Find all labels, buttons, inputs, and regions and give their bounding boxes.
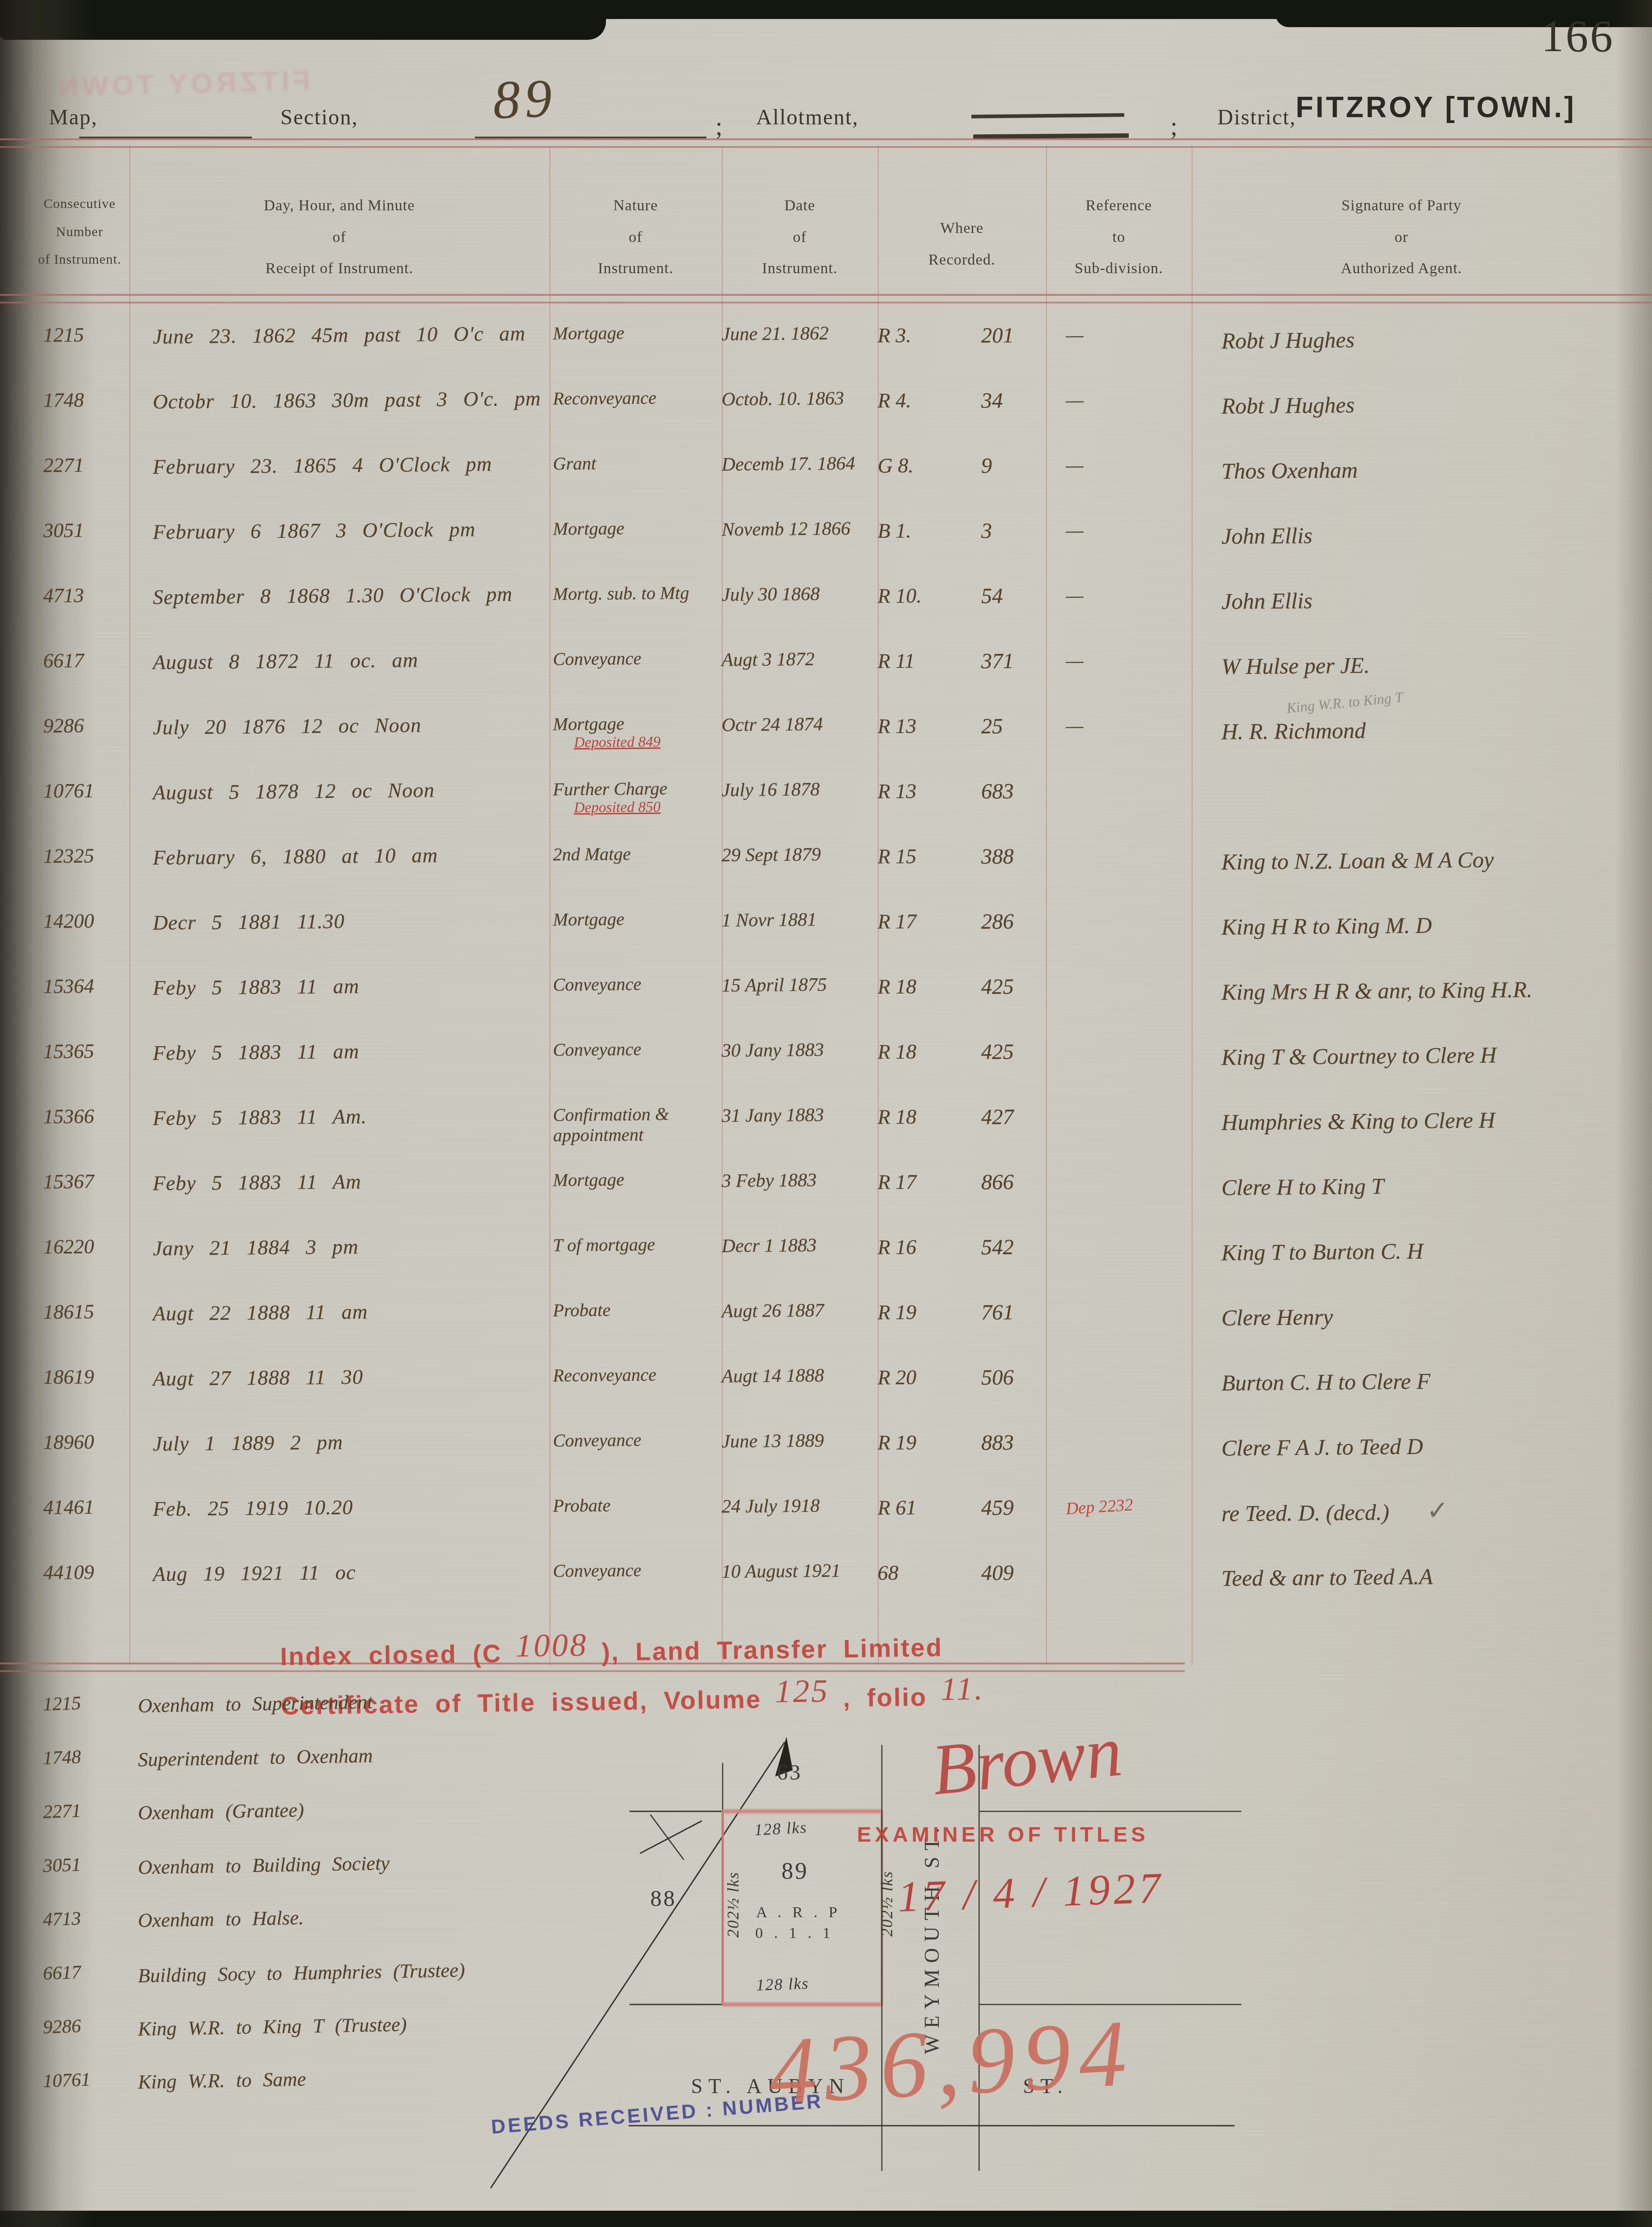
cell-folio: 3 bbox=[981, 512, 1046, 577]
cell-register-book: R 11 bbox=[877, 642, 981, 708]
cell-receipt: August 8 1872 11 oc. am bbox=[129, 640, 549, 709]
cell-date-of-instrument: Decemb 17. 1864 bbox=[721, 446, 878, 512]
dep-note bbox=[1066, 602, 1191, 610]
dep-note: Dep 2232 bbox=[1065, 1491, 1192, 1519]
check-mark bbox=[1464, 1560, 1465, 1590]
table-row: 10761 August 5 1878 12 oc Noon Further C… bbox=[41, 772, 1611, 838]
check-mark bbox=[1415, 1170, 1416, 1199]
table-row: 41461 Feb. 25 1919 10.20 Probate 24 July… bbox=[41, 1489, 1611, 1554]
cell-subdivision-reference bbox=[1046, 967, 1192, 1034]
deeds-index-table: 1215 June 23. 1862 45m past 10 O'c am Mo… bbox=[41, 317, 1611, 1619]
deposited-note: Deposited 850 bbox=[574, 798, 722, 816]
cell-consecutive-number: 1215 bbox=[40, 316, 129, 382]
cell-register-book: R 16 bbox=[877, 1228, 981, 1294]
cell-register-book: R 18 bbox=[877, 1033, 981, 1099]
cell-signature: King H R to King M. D bbox=[1191, 901, 1611, 970]
cell-consecutive-number: 1748 bbox=[40, 381, 129, 447]
cell-receipt: July 1 1889 2 pm bbox=[129, 1422, 549, 1491]
cell-date-of-instrument: Decr 1 1883 bbox=[721, 1227, 878, 1294]
cell-register-book: R 15 bbox=[877, 837, 981, 903]
scanned-ledger-page: { "page": { "number": "166" }, "header":… bbox=[0, 0, 1652, 2227]
cell-register-book: R 18 bbox=[877, 967, 981, 1033]
cell-consecutive-number: 41461 bbox=[40, 1488, 129, 1554]
note-text: Oxenham to Superintendent bbox=[120, 1690, 373, 1718]
lot-88-label: 88 bbox=[650, 1885, 677, 1911]
cell-signature: King W.R. to King T H. R. Richmond bbox=[1191, 706, 1611, 774]
dep-note bbox=[1066, 970, 1191, 978]
cell-subdivision-reference bbox=[1046, 772, 1192, 839]
colheader-receipt: Day, Hour, and Minute of Receipt of Inst… bbox=[129, 190, 549, 284]
folio-handwritten: 11. bbox=[940, 1670, 985, 1708]
cell-folio: 459 bbox=[981, 1488, 1046, 1554]
dep-note bbox=[1066, 1035, 1191, 1043]
check-mark bbox=[1525, 843, 1526, 873]
cell-date-of-instrument: June 21. 1862 bbox=[721, 316, 878, 382]
cell-consecutive-number: 12325 bbox=[40, 837, 129, 903]
separator-semicolon-2: ; bbox=[1170, 112, 1179, 141]
summary-note-row: 4713 Oxenham to Halse. bbox=[43, 1908, 644, 1962]
cell-nature: Mortgage bbox=[549, 511, 722, 578]
cell-nature: Conveyance bbox=[549, 967, 722, 1033]
cell-signature bbox=[1191, 771, 1611, 839]
transaction-summary-notes: 1215 Oxenham to Superintendent 1748 Supe… bbox=[43, 1692, 644, 2123]
cell-nature: T of mortgage bbox=[549, 1227, 722, 1294]
check-mark bbox=[1528, 1039, 1529, 1068]
cell-consecutive-number: 18960 bbox=[40, 1423, 129, 1489]
cell-subdivision-reference bbox=[1046, 1228, 1192, 1294]
cell-register-book: R 13 bbox=[877, 707, 981, 773]
cell-receipt: February 6 1867 3 O'Clock pm bbox=[129, 510, 549, 579]
cell-receipt: Aug 19 1921 11 oc bbox=[129, 1552, 549, 1621]
summary-note-row: 3051 Oxenham to Building Society bbox=[43, 1854, 644, 1908]
cell-consecutive-number: 10761 bbox=[40, 772, 129, 838]
cell-signature: Robt J Hughes bbox=[1191, 380, 1611, 449]
cell-signature: King to N.Z. Loan & M A Coy bbox=[1191, 836, 1611, 905]
cell-folio: 201 bbox=[981, 316, 1046, 382]
summary-note-row: 1748 Superintendent to Oxenham bbox=[43, 1746, 644, 1800]
cell-subdivision-reference bbox=[1046, 837, 1192, 904]
table-row: 2271 February 23. 1865 4 O'Clock pm Gran… bbox=[41, 447, 1611, 512]
header-double-rule-bottom bbox=[0, 294, 1652, 303]
table-row: 1748 Octobr 10. 1863 30m past 3 O'c. pm … bbox=[41, 382, 1611, 447]
table-row: 16220 Jany 21 1884 3 pm T of mortgage De… bbox=[41, 1228, 1611, 1294]
cell-date-of-instrument: July 30 1868 bbox=[721, 576, 878, 643]
cell-nature: Mortgage bbox=[549, 316, 722, 382]
cross-tick-2 bbox=[650, 1815, 684, 1860]
cell-consecutive-number: 4713 bbox=[40, 577, 129, 643]
cell-date-of-instrument: 1 Novr 1881 bbox=[721, 902, 878, 968]
cell-folio: 542 bbox=[981, 1228, 1046, 1294]
cell-folio: 425 bbox=[981, 967, 1046, 1033]
ghost-bleed-stamp: FITZROY TOWN bbox=[54, 65, 310, 104]
cell-folio: 371 bbox=[981, 642, 1046, 707]
cell-signature: re Teed. D. (decd.) ✓ bbox=[1191, 1487, 1611, 1556]
cell-receipt: September 8 1868 1.30 O'Clock pm bbox=[129, 575, 549, 644]
page-edge-right bbox=[1616, 0, 1652, 2227]
cell-date-of-instrument: Octr 24 1874 bbox=[721, 706, 878, 773]
cell-folio: 54 bbox=[981, 577, 1046, 642]
check-mark bbox=[1364, 1301, 1365, 1330]
cell-consecutive-number: 15364 bbox=[40, 967, 129, 1033]
table-row: 4713 September 8 1868 1.30 O'Clock pm Mo… bbox=[41, 577, 1611, 642]
deposited-note: Deposited 849 bbox=[574, 733, 722, 751]
cell-receipt: Feby 5 1883 11 am bbox=[129, 966, 549, 1035]
colheader-reference: Reference to Sub-division. bbox=[1046, 190, 1192, 284]
cell-nature: Conveyance bbox=[549, 1032, 722, 1099]
cell-nature: Reconveyance bbox=[549, 381, 722, 447]
cell-register-book: R 20 bbox=[877, 1358, 981, 1424]
dep-note bbox=[1066, 1426, 1191, 1434]
cell-nature: Conveyance bbox=[549, 1553, 722, 1620]
cell-signature: John Ellis bbox=[1191, 575, 1611, 644]
volume-handwritten: 125 bbox=[775, 1672, 829, 1711]
cell-subdivision-reference: Dep 2232 bbox=[1046, 1488, 1192, 1555]
cell-nature: Grant bbox=[549, 446, 722, 512]
check-mark bbox=[1527, 1104, 1527, 1133]
examiner-date: 17 / 4 / 1927 bbox=[897, 1862, 1165, 1922]
allotment-dash-mark-1 bbox=[971, 113, 1124, 118]
table-row: 44109 Aug 19 1921 11 oc Conveyance 10 Au… bbox=[41, 1554, 1611, 1619]
parcel-89-label: 89 bbox=[781, 1858, 809, 1885]
check-mark: ✓ bbox=[1426, 1496, 1448, 1525]
cross-tick-1 bbox=[640, 1821, 702, 1853]
cell-subdivision-reference bbox=[1046, 1163, 1192, 1229]
examiner-of-titles-stamp: EXAMINER OF TITLES bbox=[857, 1822, 1149, 1847]
cell-nature: Conveyance bbox=[549, 641, 722, 708]
table-row: 1215 June 23. 1862 45m past 10 O'c am Mo… bbox=[41, 317, 1611, 382]
dep-note bbox=[1066, 342, 1191, 350]
cell-nature: Mortgage bbox=[549, 1162, 722, 1229]
table-row: 12325 February 6, 1880 at 10 am 2nd Matg… bbox=[41, 838, 1611, 903]
cell-folio: 388 bbox=[981, 837, 1046, 903]
summary-note-row: 1215 Oxenham to Superintendent bbox=[43, 1692, 644, 1746]
dep-note bbox=[1066, 1166, 1191, 1173]
cell-nature: Probate bbox=[549, 1488, 722, 1554]
cell-consecutive-number: 18615 bbox=[40, 1293, 129, 1359]
cell-consecutive-number: 15367 bbox=[40, 1163, 129, 1229]
cell-subdivision-reference bbox=[1046, 1554, 1192, 1620]
table-row: 18615 Augt 22 1888 11 am Probate Augt 26… bbox=[41, 1294, 1611, 1359]
dimension-top: 128 lks bbox=[754, 1818, 808, 1839]
cell-subdivision-reference: — bbox=[1046, 381, 1192, 448]
cell-register-book: R 17 bbox=[877, 1163, 981, 1229]
dep-note bbox=[1066, 472, 1191, 480]
table-row: 15367 Feby 5 1883 11 Am Mortgage 3 Feby … bbox=[41, 1163, 1611, 1228]
cell-register-book: R 17 bbox=[877, 902, 981, 968]
check-mark bbox=[1463, 909, 1464, 938]
cell-register-book: 68 bbox=[877, 1554, 981, 1620]
table-row: 9286 July 20 1876 12 oc Noon Mortgage De… bbox=[41, 707, 1611, 772]
dep-note bbox=[1066, 775, 1191, 782]
cell-date-of-instrument: Augt 14 1888 bbox=[721, 1358, 878, 1424]
note-number: 9286 bbox=[43, 2014, 120, 2038]
cell-receipt: Feby 5 1883 11 am bbox=[129, 1031, 549, 1100]
note-text: Building Socy to Humphries (Trustee) bbox=[120, 1958, 465, 1987]
cell-register-book: R 61 bbox=[877, 1488, 981, 1554]
cell-subdivision-reference: — bbox=[1046, 577, 1192, 643]
table-row: 15366 Feby 5 1883 11 Am. Confirmation & … bbox=[41, 1098, 1611, 1163]
cell-nature: Confirmation & appointment bbox=[549, 1097, 722, 1164]
cell-register-book: B 1. bbox=[877, 512, 981, 578]
cell-receipt: August 5 1878 12 oc Noon bbox=[129, 771, 549, 839]
cell-date-of-instrument: Novemb 12 1866 bbox=[721, 511, 878, 578]
cell-consecutive-number: 15365 bbox=[40, 1033, 129, 1099]
area-value: 0 . 1 . 1 bbox=[755, 1925, 834, 1942]
dimension-left: 202½ lks bbox=[724, 1872, 743, 1938]
colheader-nature: Nature of Instrument. bbox=[549, 190, 722, 284]
cell-register-book: R 10. bbox=[877, 577, 981, 643]
check-mark bbox=[1397, 714, 1398, 744]
cell-nature: Probate bbox=[549, 1293, 722, 1359]
cell-folio: 34 bbox=[981, 381, 1046, 447]
cell-receipt: February 6, 1880 at 10 am bbox=[129, 836, 549, 905]
dep-note bbox=[1066, 668, 1191, 675]
cell-register-book: G 8. bbox=[877, 446, 981, 512]
note-text: Oxenham to Building Society bbox=[120, 1852, 390, 1879]
index-closed-line1: Index closed (C 1008 ), Land Transfer Li… bbox=[280, 1626, 998, 1673]
dep-note bbox=[1066, 407, 1191, 415]
table-row: 15364 Feby 5 1883 11 am Conveyance 15 Ap… bbox=[41, 968, 1611, 1033]
page-edge-bottom bbox=[0, 2211, 1652, 2227]
summary-note-row: 2271 Oxenham (Grantee) bbox=[43, 1800, 644, 1854]
cell-subdivision-reference bbox=[1046, 902, 1192, 969]
cell-consecutive-number: 9286 bbox=[40, 707, 129, 773]
cell-nature: Mortgage Deposited 849 bbox=[549, 706, 722, 773]
cell-subdivision-reference bbox=[1046, 1033, 1192, 1099]
cell-date-of-instrument: Octob. 10. 1863 bbox=[721, 381, 878, 447]
cell-signature: Robt J Hughes bbox=[1191, 315, 1611, 384]
colheader-consecutive-number: Consecutive Number of Instrument. bbox=[30, 190, 129, 274]
colheader-signature: Signature of Party or Authorized Agent. bbox=[1192, 190, 1611, 284]
table-row: 14200 Decr 5 1881 11.30 Mortgage 1 Novr … bbox=[41, 903, 1611, 968]
dep-note bbox=[1066, 905, 1191, 913]
check-mark bbox=[1401, 649, 1401, 678]
cell-date-of-instrument: Augt 3 1872 bbox=[721, 641, 878, 708]
cell-folio: 506 bbox=[981, 1358, 1046, 1424]
column-line-8 bbox=[1624, 146, 1624, 1665]
cell-subdivision-reference bbox=[1046, 1423, 1192, 1490]
cell-subdivision-reference bbox=[1046, 1358, 1192, 1425]
cell-register-book: R 13 bbox=[877, 772, 981, 838]
note-text: King W.R. to Same bbox=[120, 2067, 306, 2094]
cell-receipt: Augt 27 1888 11 30 bbox=[129, 1357, 549, 1426]
check-mark bbox=[1462, 1365, 1463, 1394]
cell-date-of-instrument: 24 July 1918 bbox=[721, 1488, 878, 1554]
header-double-rule-top bbox=[0, 138, 1652, 148]
note-text: Oxenham to Halse. bbox=[120, 1906, 304, 1932]
dep-note bbox=[1066, 1100, 1191, 1108]
cell-nature: Further Charge Deposited 850 bbox=[549, 772, 722, 838]
dimension-right: 202½ lks bbox=[877, 1871, 896, 1937]
cell-receipt: Decr 5 1881 11.30 bbox=[129, 901, 549, 970]
note-text: Superintendent to Oxenham bbox=[120, 1744, 373, 1772]
cell-date-of-instrument: July 16 1878 bbox=[721, 772, 878, 838]
cell-folio: 883 bbox=[981, 1423, 1046, 1489]
dep-note bbox=[1066, 1296, 1191, 1303]
cell-receipt: February 23. 1865 4 O'Clock pm bbox=[129, 445, 549, 514]
cell-consecutive-number: 18619 bbox=[40, 1358, 129, 1424]
summary-note-row: 6617 Building Socy to Humphries (Trustee… bbox=[43, 1962, 644, 2015]
dimension-bottom: 128 lks bbox=[756, 1974, 809, 1995]
cell-receipt: Augt 22 1888 11 am bbox=[129, 1292, 549, 1360]
cell-subdivision-reference bbox=[1046, 1098, 1192, 1164]
note-number: 1215 bbox=[43, 1691, 120, 1715]
summary-note-row: 9286 King W.R. to King T (Trustee) bbox=[43, 2015, 644, 2069]
cell-register-book: R 19 bbox=[877, 1423, 981, 1489]
cell-signature: John Ellis bbox=[1191, 510, 1611, 579]
cell-subdivision-reference: — bbox=[1046, 316, 1192, 383]
table-row: 15365 Feby 5 1883 11 am Conveyance 30 Ja… bbox=[41, 1033, 1611, 1098]
cell-folio: 286 bbox=[981, 902, 1046, 968]
cell-date-of-instrument: 3 Feby 1883 bbox=[721, 1162, 878, 1229]
cell-nature: 2nd Matge bbox=[549, 837, 722, 903]
check-mark bbox=[1455, 1235, 1455, 1264]
check-mark bbox=[1344, 584, 1344, 614]
cell-receipt: Feb. 25 1919 10.20 bbox=[129, 1487, 549, 1556]
cell-receipt: Feby 5 1883 11 Am. bbox=[129, 1096, 549, 1165]
cell-date-of-instrument: 31 Jany 1883 bbox=[721, 1097, 878, 1164]
section-label: Section, bbox=[280, 105, 358, 130]
cell-folio: 9 bbox=[981, 446, 1046, 512]
cell-folio: 761 bbox=[981, 1293, 1046, 1359]
check-mark bbox=[1253, 781, 1254, 810]
cell-receipt: Feby 5 1883 11 Am bbox=[129, 1161, 549, 1230]
cell-folio: 866 bbox=[981, 1163, 1046, 1228]
cell-nature: Reconveyance bbox=[549, 1358, 722, 1424]
cell-register-book: R 18 bbox=[877, 1098, 981, 1164]
examiner-signature: Brown bbox=[928, 1709, 1126, 1812]
cell-receipt: Jany 21 1884 3 pm bbox=[129, 1227, 549, 1295]
cell-nature: Mortg. sub. to Mtg bbox=[549, 576, 722, 643]
cell-date-of-instrument: 29 Sept 1879 bbox=[721, 837, 878, 903]
colheader-where-recorded: Where Recorded. bbox=[878, 213, 1046, 275]
cell-signature: Humphries & King to Clere H bbox=[1191, 1096, 1611, 1165]
cell-folio: 425 bbox=[981, 1033, 1046, 1098]
cell-receipt: June 23. 1862 45m past 10 O'c am bbox=[129, 315, 549, 384]
cell-consecutive-number: 3051 bbox=[40, 512, 129, 578]
cell-register-book: R 19 bbox=[877, 1293, 981, 1359]
allotment-label: Allotment, bbox=[756, 105, 859, 130]
deeds-received-number: 436,994 bbox=[766, 1999, 1137, 2127]
cell-subdivision-reference bbox=[1046, 1293, 1192, 1360]
check-mark bbox=[1386, 323, 1387, 353]
cell-date-of-instrument: 30 Jany 1883 bbox=[721, 1032, 878, 1099]
note-number: 10761 bbox=[43, 2068, 120, 2092]
cell-consecutive-number: 16220 bbox=[40, 1228, 129, 1294]
cell-nature: Mortgage bbox=[549, 902, 722, 968]
cell-signature: Clere H to King T bbox=[1191, 1161, 1611, 1230]
dep-note bbox=[1066, 840, 1191, 848]
cell-receipt: July 20 1876 12 oc Noon bbox=[129, 706, 549, 774]
cell-subdivision-reference: — bbox=[1046, 707, 1192, 773]
cell-date-of-instrument: June 13 1889 bbox=[721, 1423, 878, 1489]
page-number: 166 bbox=[1541, 10, 1614, 62]
cell-signature: King T & Courtney to Clere H bbox=[1191, 1031, 1611, 1100]
section-value: 89 bbox=[492, 67, 558, 132]
dep-note bbox=[1066, 1556, 1191, 1564]
cell-date-of-instrument: 10 August 1921 bbox=[721, 1553, 878, 1620]
map-label: Map, bbox=[49, 105, 98, 130]
cell-signature: King T to Burton C. H bbox=[1191, 1227, 1611, 1295]
separator-semicolon-1: ; bbox=[715, 112, 724, 141]
cell-register-book: R 3. bbox=[877, 316, 981, 382]
dep-note bbox=[1066, 733, 1191, 740]
district-label: District, bbox=[1217, 105, 1296, 130]
cell-subdivision-reference: — bbox=[1046, 512, 1192, 578]
area-header: A . R . P bbox=[756, 1904, 841, 1921]
table-row: 18960 July 1 1889 2 pm Conveyance June 1… bbox=[41, 1424, 1611, 1489]
cell-consecutive-number: 15366 bbox=[40, 1098, 129, 1164]
note-text: King W.R. to King T (Trustee) bbox=[120, 2013, 407, 2041]
cell-consecutive-number: 44109 bbox=[40, 1554, 129, 1620]
cell-consecutive-number: 6617 bbox=[40, 642, 129, 708]
cell-signature: King Mrs H R & anr, to King H.R. bbox=[1191, 966, 1611, 1035]
cell-folio: 427 bbox=[981, 1098, 1046, 1163]
cell-signature: Clere Henry bbox=[1191, 1292, 1611, 1360]
cell-receipt: Octobr 10. 1863 30m past 3 O'c. pm bbox=[129, 380, 549, 449]
lot-63-label: 63 bbox=[777, 1760, 802, 1785]
note-number: 3051 bbox=[43, 1853, 120, 1877]
district-value-stamp: FITZROY [TOWN.] bbox=[1296, 90, 1576, 124]
check-mark bbox=[1564, 973, 1564, 1003]
note-number: 1748 bbox=[43, 1745, 120, 1769]
note-number: 6617 bbox=[43, 1960, 120, 1985]
cell-signature: Clere F A J. to Teed D bbox=[1191, 1422, 1611, 1491]
colheader-date: Date of Instrument. bbox=[722, 190, 878, 284]
note-number: 2271 bbox=[43, 1799, 120, 1823]
closure-number-handwritten: 1008 bbox=[515, 1626, 588, 1665]
cell-folio: 409 bbox=[981, 1554, 1046, 1619]
cell-consecutive-number: 14200 bbox=[40, 902, 129, 968]
cell-date-of-instrument: Augt 26 1887 bbox=[721, 1293, 878, 1359]
cell-folio: 25 bbox=[981, 707, 1046, 772]
cell-signature: Burton C. H to Clere F bbox=[1191, 1357, 1611, 1426]
cell-consecutive-number: 2271 bbox=[40, 446, 129, 512]
note-number: 4713 bbox=[43, 1906, 120, 1931]
cell-register-book: R 4. bbox=[877, 381, 981, 447]
note-text: Oxenham (Grantee) bbox=[120, 1798, 304, 1824]
cell-signature: Teed & anr to Teed A.A bbox=[1191, 1552, 1611, 1621]
dep-note bbox=[1066, 1231, 1191, 1238]
table-row: 18619 Augt 27 1888 11 30 Reconveyance Au… bbox=[41, 1359, 1611, 1424]
dep-note bbox=[1066, 537, 1191, 545]
check-mark bbox=[1344, 519, 1344, 549]
cell-subdivision-reference: — bbox=[1046, 642, 1192, 708]
cell-signature: Thos Oxenham bbox=[1191, 445, 1611, 514]
table-row: 3051 February 6 1867 3 O'Clock pm Mortga… bbox=[41, 512, 1611, 577]
check-mark bbox=[1389, 454, 1390, 483]
cell-subdivision-reference: — bbox=[1046, 446, 1192, 513]
cell-date-of-instrument: 15 April 1875 bbox=[721, 967, 878, 1033]
check-mark bbox=[1386, 389, 1387, 418]
check-mark bbox=[1454, 1430, 1455, 1459]
cell-nature: Conveyance bbox=[549, 1423, 722, 1489]
cell-folio: 683 bbox=[981, 772, 1046, 838]
dep-note bbox=[1066, 1361, 1191, 1369]
